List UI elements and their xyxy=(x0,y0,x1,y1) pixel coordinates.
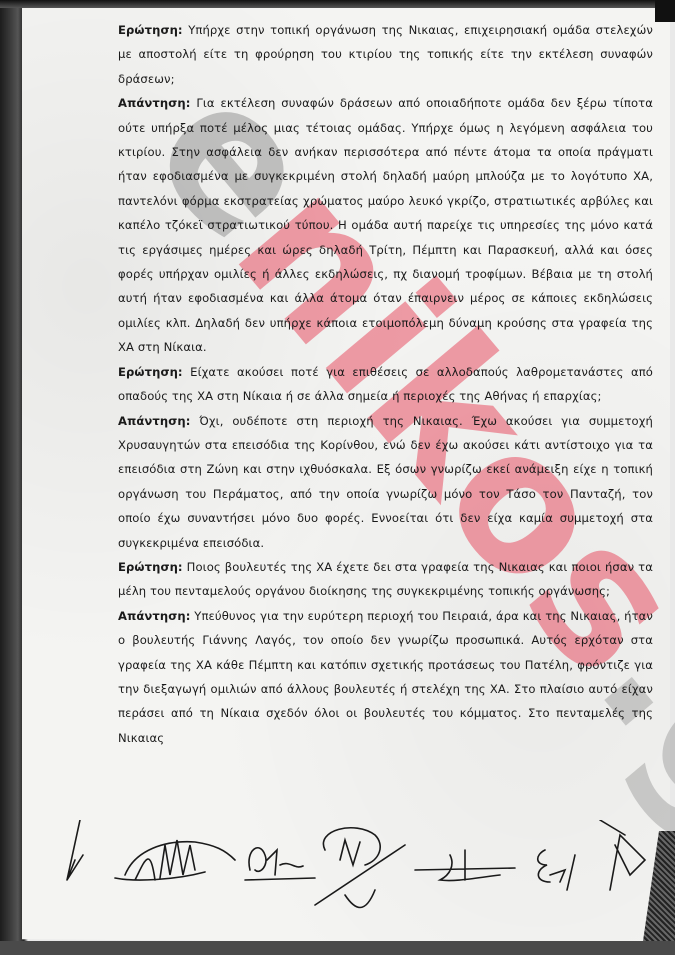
question-text: Υπήρχε στην τοπική οργάνωση της Νικαιας,… xyxy=(118,23,653,86)
question-paragraph: Ερώτηση: Ποιος βουλευτές της ΧΑ έχετε δε… xyxy=(118,555,653,604)
margin-mark-icon xyxy=(600,820,645,890)
scan-corner xyxy=(655,0,675,22)
signature-icon xyxy=(415,850,515,881)
scan-top-edge xyxy=(0,0,675,8)
question-label: Ερώτηση: xyxy=(118,365,183,379)
answer-label: Απάντηση: xyxy=(118,609,190,623)
question-paragraph: Ερώτηση: Είχατε ακούσει ποτέ για επιθέσε… xyxy=(118,360,653,409)
question-text: Ποιος βουλευτές της ΧΑ έχετε δει στα γρα… xyxy=(118,560,653,598)
answer-label: Απάντηση: xyxy=(118,414,190,428)
answer-paragraph: Απάντηση: Όχι, ουδέποτε στη περιοχή της … xyxy=(118,409,653,555)
answer-paragraph: Απάντηση: Υπεύθυνος για την ευρύτερη περ… xyxy=(118,604,653,750)
question-text: Είχατε ακούσει ποτέ για επιθέσεις σε αλλ… xyxy=(118,365,653,403)
scan-bottom-bar xyxy=(0,941,675,955)
signature-icon xyxy=(245,848,315,880)
signature-icon xyxy=(315,828,405,908)
answer-paragraph: Απάντηση: Για εκτέλεση συναφών δράσεων α… xyxy=(118,91,653,359)
signature-icon xyxy=(538,850,575,890)
margin-mark-icon xyxy=(67,820,83,880)
answer-text: Όχι, ουδέποτε στη περιοχή της Νικαιας. Έ… xyxy=(118,414,653,550)
deposition-text: Ερώτηση: Υπήρχε στην τοπική οργάνωση της… xyxy=(118,18,653,750)
answer-text: Για εκτέλεση συναφών δράσεων από οποιαδή… xyxy=(118,96,653,354)
answer-text: Υπεύθυνος για την ευρύτερη περιοχή του Π… xyxy=(118,609,653,745)
question-label: Ερώτηση: xyxy=(118,560,183,574)
signature-icon xyxy=(115,840,235,880)
question-label: Ερώτηση: xyxy=(118,23,183,37)
question-paragraph: Ερώτηση: Υπήρχε στην τοπική οργάνωση της… xyxy=(118,18,653,91)
signatures-area xyxy=(55,820,665,930)
answer-label: Απάντηση: xyxy=(118,96,190,110)
